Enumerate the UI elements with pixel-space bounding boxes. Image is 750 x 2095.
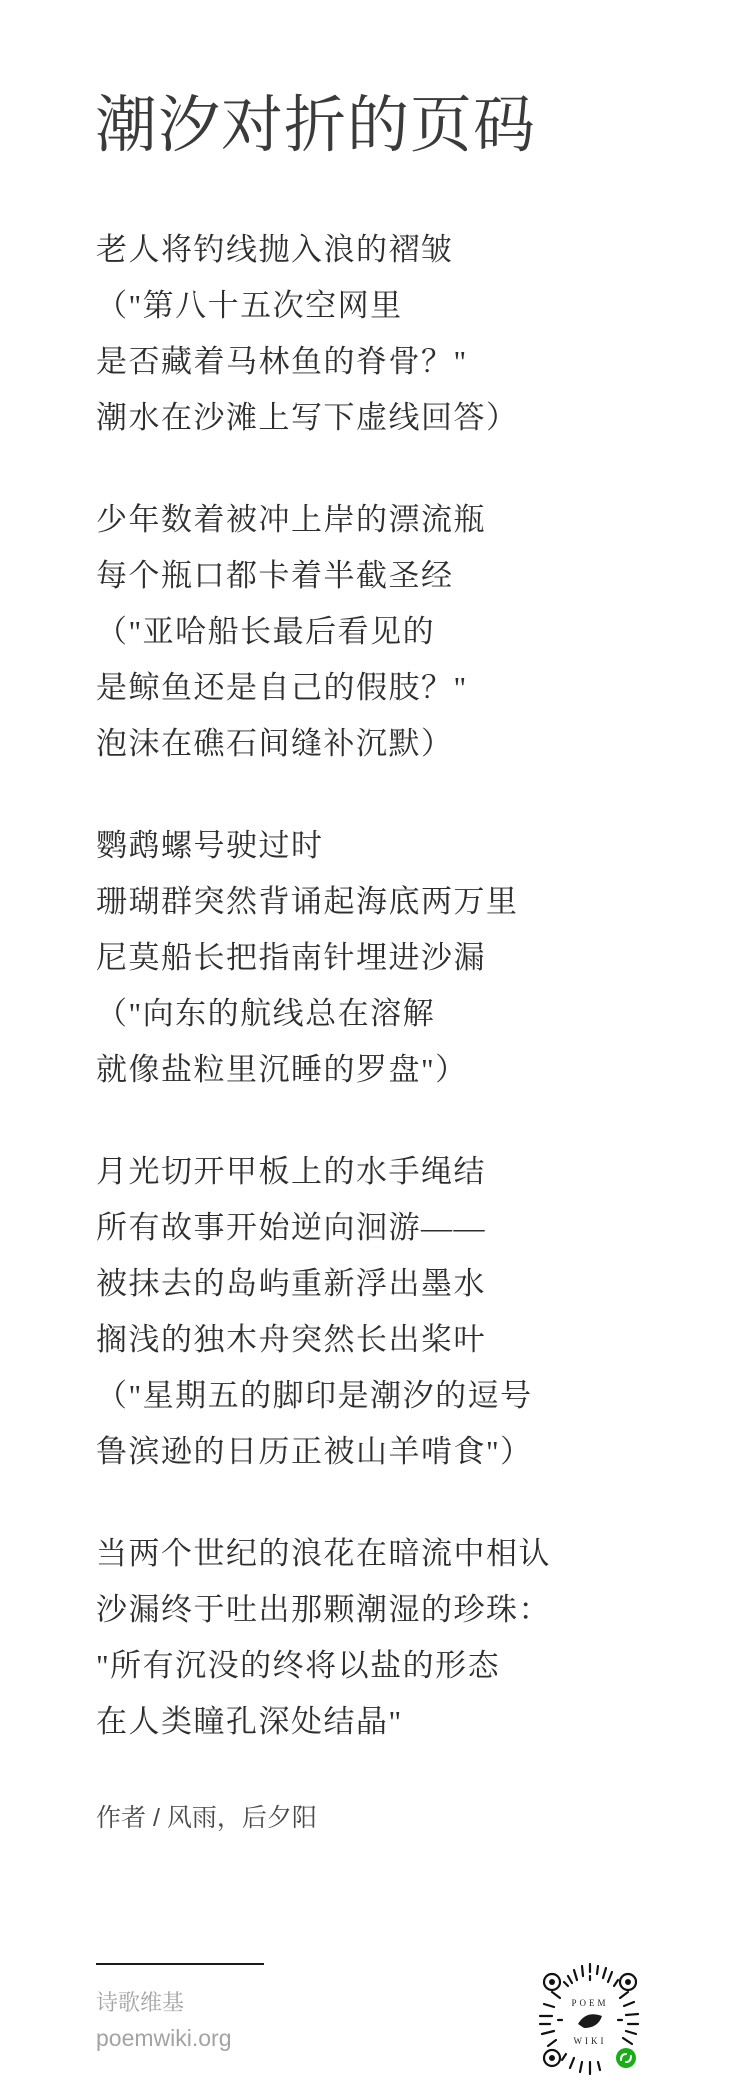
poem-line: 在人类瞳孔深处结晶": [96, 1694, 696, 1750]
poem-line: 每个瓶口都卡着半截圣经: [96, 548, 696, 604]
poem-line: "所有沉没的终将以盐的形态: [96, 1638, 696, 1694]
poem-line: 鹦鹉螺号驶过时: [96, 818, 696, 874]
wechat-miniprogram-icon: [616, 2048, 636, 2068]
qr-label: POEM: [571, 1998, 608, 2008]
stanza-1: 老人将钓线抛入浪的褶皱 （"第八十五次空网里 是否藏着马林鱼的脊骨？" 潮水在沙…: [96, 222, 696, 446]
poem-line: 月光切开甲板上的水手绳结: [96, 1144, 696, 1200]
poem-line: 沙漏终于吐出那颗潮湿的珍珠：: [96, 1582, 696, 1638]
site-url[interactable]: poemwiki.org: [96, 2022, 232, 2054]
miniprogram-qr-code[interactable]: POEM WIKI: [528, 1958, 652, 2082]
poem-line: 搁浅的独木舟突然长出桨叶: [96, 1312, 696, 1368]
stanza-2: 少年数着被冲上岸的漂流瓶 每个瓶口都卡着半截圣经 （"亚哈船长最后看见的 是鲸鱼…: [96, 492, 696, 772]
poem-line: 鲁滨逊的日历正被山羊啃食"）: [96, 1424, 696, 1480]
stanza-4: 月光切开甲板上的水手绳结 所有故事开始逆向洄游—— 被抹去的岛屿重新浮出墨水 搁…: [96, 1144, 696, 1480]
footer-divider: [96, 1963, 264, 1965]
poem-line: 泡沫在礁石间缝补沉默）: [96, 716, 696, 772]
poem-body: 老人将钓线抛入浪的褶皱 （"第八十五次空网里 是否藏着马林鱼的脊骨？" 潮水在沙…: [96, 222, 696, 1796]
poem-line: （"星期五的脚印是潮汐的逗号: [96, 1368, 696, 1424]
poem-line: （"亚哈船长最后看见的: [96, 604, 696, 660]
stanza-5: 当两个世纪的浪花在暗流中相认 沙漏终于吐出那颗潮湿的珍珠： "所有沉没的终将以盐…: [96, 1526, 696, 1750]
poem-line: 被抹去的岛屿重新浮出墨水: [96, 1256, 696, 1312]
poem-line: 当两个世纪的浪花在暗流中相认: [96, 1526, 696, 1582]
poem-line: （"第八十五次空网里: [96, 278, 696, 334]
qr-code-icon: POEM WIKI: [528, 1958, 652, 2082]
poem-author: 作者 / 风雨，后夕阳: [96, 1802, 317, 1834]
stanza-3: 鹦鹉螺号驶过时 珊瑚群突然背诵起海底两万里 尼莫船长把指南针埋进沙漏 （"向东的…: [96, 818, 696, 1098]
poem-line: 是否藏着马林鱼的脊骨？": [96, 334, 696, 390]
poem-line: 少年数着被冲上岸的漂流瓶: [96, 492, 696, 548]
poem-line: 潮水在沙滩上写下虚线回答）: [96, 390, 696, 446]
poem-line: 珊瑚群突然背诵起海底两万里: [96, 874, 696, 930]
poem-title: 潮汐对折的页码: [95, 88, 536, 164]
poem-line: 老人将钓线抛入浪的褶皱: [96, 222, 696, 278]
poem-line: 所有故事开始逆向洄游——: [96, 1200, 696, 1256]
svg-text:WIKI: WIKI: [574, 2036, 607, 2046]
poem-line: 尼莫船长把指南针埋进沙漏: [96, 930, 696, 986]
site-name: 诗歌维基: [96, 1988, 184, 2018]
poem-line: 是鲸鱼还是自己的假肢？": [96, 660, 696, 716]
poem-line: 就像盐粒里沉睡的罗盘"）: [96, 1042, 696, 1098]
poem-line: （"向东的航线总在溶解: [96, 986, 696, 1042]
